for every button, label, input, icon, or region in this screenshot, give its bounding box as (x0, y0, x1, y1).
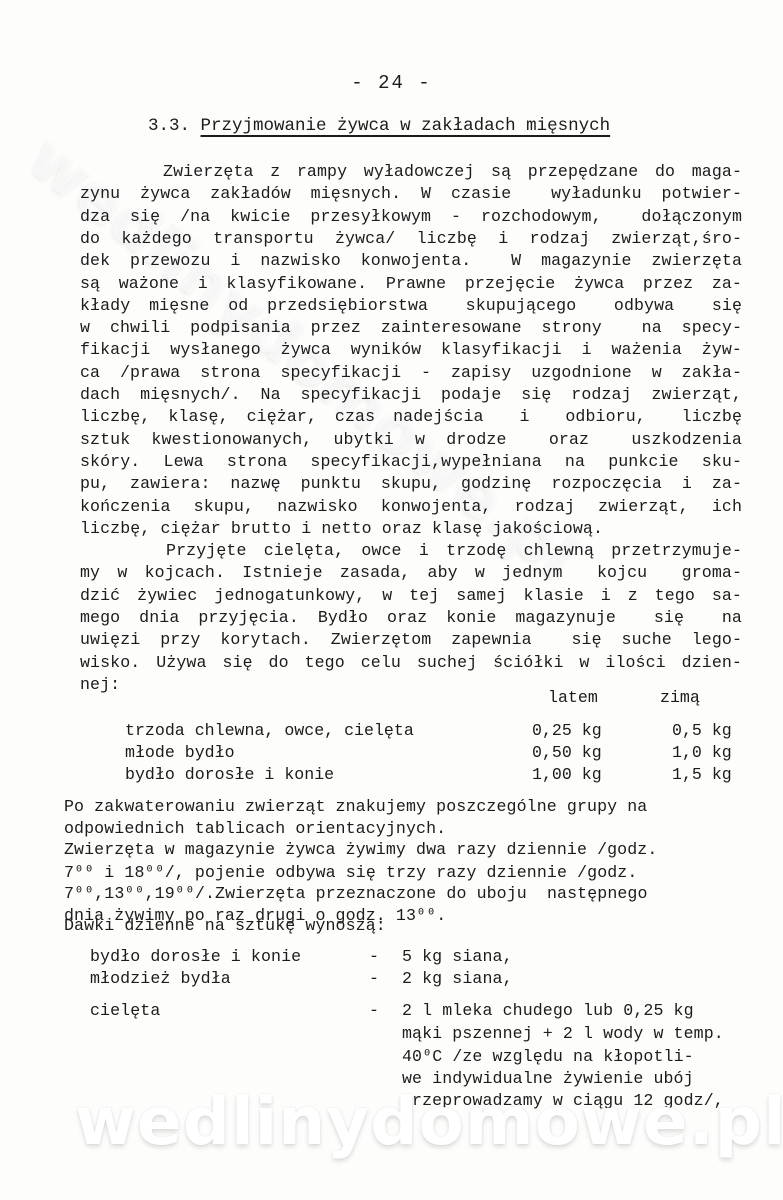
text-line: mego dnia przyjęcia. Bydło oraz konie ma… (80, 608, 742, 627)
text-line: kłady mięsne od przedsiębiorstwa skupują… (80, 296, 742, 315)
ration-dose: 2 kg siana, (402, 969, 513, 988)
text-line: Zwierzęta z rampy wyładowczej są przepęd… (80, 162, 742, 181)
text-line: sztuk kwestionowanych, ubytki w drodze o… (80, 430, 742, 449)
column-header-summer: latem (548, 688, 598, 707)
text-line: nej: (80, 675, 120, 694)
winter-amount: 0,5 kg (672, 721, 732, 740)
ration-animal: bydło dorosłe i konie (90, 947, 301, 966)
summer-amount: 0,25 kg (532, 721, 602, 740)
text-line: w chwili podpisania przez zainteresowane… (80, 318, 742, 337)
text-line: uwięzi przy korytach. Zwierzętom zapewni… (80, 630, 742, 649)
dash: - (369, 969, 379, 988)
text-line: 7⁰⁰ i 18⁰⁰/, pojenie odbywa się trzy raz… (64, 862, 637, 882)
footer-watermark: wedlinydomowe.pl (75, 1083, 783, 1160)
ration-dose: 2 l mleka chudego lub 0,25 kg (402, 1001, 694, 1020)
summer-amount: 0,50 kg (532, 743, 602, 762)
text-line: do każdego transportu żywca/ liczbę i ro… (80, 229, 742, 248)
text-line: zynu żywca zakładów mięsnych. W czasie w… (80, 184, 742, 203)
winter-amount: 1,5 kg (672, 765, 732, 784)
text-line: Zwierzęta w magazynie żywca żywimy dwa r… (64, 840, 657, 859)
text-line: kończenia skupu, nazwisko konwojenta, ro… (80, 497, 742, 516)
text-line: my w kojcach. Istnieje zasada, aby w jed… (80, 563, 742, 582)
text-line: odpowiednich tablicach orientacyjnych. (64, 819, 446, 838)
column-header-winter: zimą (660, 688, 700, 707)
text-line: Po zakwaterowaniu zwierząt znakujemy pos… (64, 797, 647, 816)
document-page: wedlinydomowe.pl - 24 - 3.3. Przyjmowani… (0, 0, 783, 1200)
ration-animal: młodzież bydła (90, 969, 231, 988)
row-label: bydło dorosłe i konie (125, 765, 334, 784)
dash: - (369, 1001, 379, 1020)
text-line: Przyjęte cielęta, owce i trzodę chlewną … (80, 541, 742, 560)
text-line: pu, zawiera: nazwę punktu skupu, godzinę… (80, 474, 742, 493)
text-line: są ważone i klasyfikowane. Prawne przeję… (80, 274, 742, 293)
text-line: 7⁰⁰,13⁰⁰,19⁰⁰/.Zwierzęta przeznaczone do… (64, 883, 648, 903)
ration-dose: 40⁰C /ze względu na kłopotli- (402, 1046, 694, 1066)
row-label: młode bydło (125, 743, 235, 762)
text-line: dek przewozu i nazwisko konwojenta. W ma… (80, 251, 742, 270)
text-line: dach mięsnych/. Na specyfikacji podaje s… (80, 385, 742, 404)
row-label: trzoda chlewna, owce, cielęta (125, 721, 414, 740)
text-line: ca /prawa strona specyfikacji - zapisy u… (80, 363, 742, 382)
text-line: liczbę, ciężar brutto i netto oraz klasę… (80, 519, 603, 538)
text-line: skóry. Lewa strona specyfikacji,wypełnia… (80, 452, 742, 471)
section-title: Przyjmowanie żywca w zakładach mięsnych (201, 116, 611, 136)
winter-amount: 1,0 kg (672, 743, 732, 762)
ration-dose: mąki pszennej + 2 l wody w temp. (402, 1024, 724, 1043)
text-line: liczbę, klasę, ciężar, czas nadejścia i … (80, 407, 742, 426)
ration-dose: 5 kg siana, (402, 947, 513, 966)
dash: - (369, 947, 379, 966)
ration-animal: cielęta (90, 1001, 160, 1020)
page-number: - 24 - (0, 72, 783, 94)
text-line: dzić żywiec jednogatunkowy, w tej samej … (80, 586, 742, 605)
text-line: wisko. Używa się do tego celu suchej ści… (80, 653, 742, 672)
summer-amount: 1,00 kg (532, 765, 602, 784)
section-heading: 3.3. Przyjmowanie żywca w zakładach mięs… (148, 116, 610, 136)
text-line: dza się /na kwicie przesyłkowym - rozcho… (80, 207, 742, 226)
text-line: fikacji wysłanego żywca wyników klasyfik… (80, 340, 742, 359)
section-number: 3.3. (148, 116, 190, 136)
text-line: Dawki dzienne na sztukę wynoszą: (64, 916, 386, 935)
